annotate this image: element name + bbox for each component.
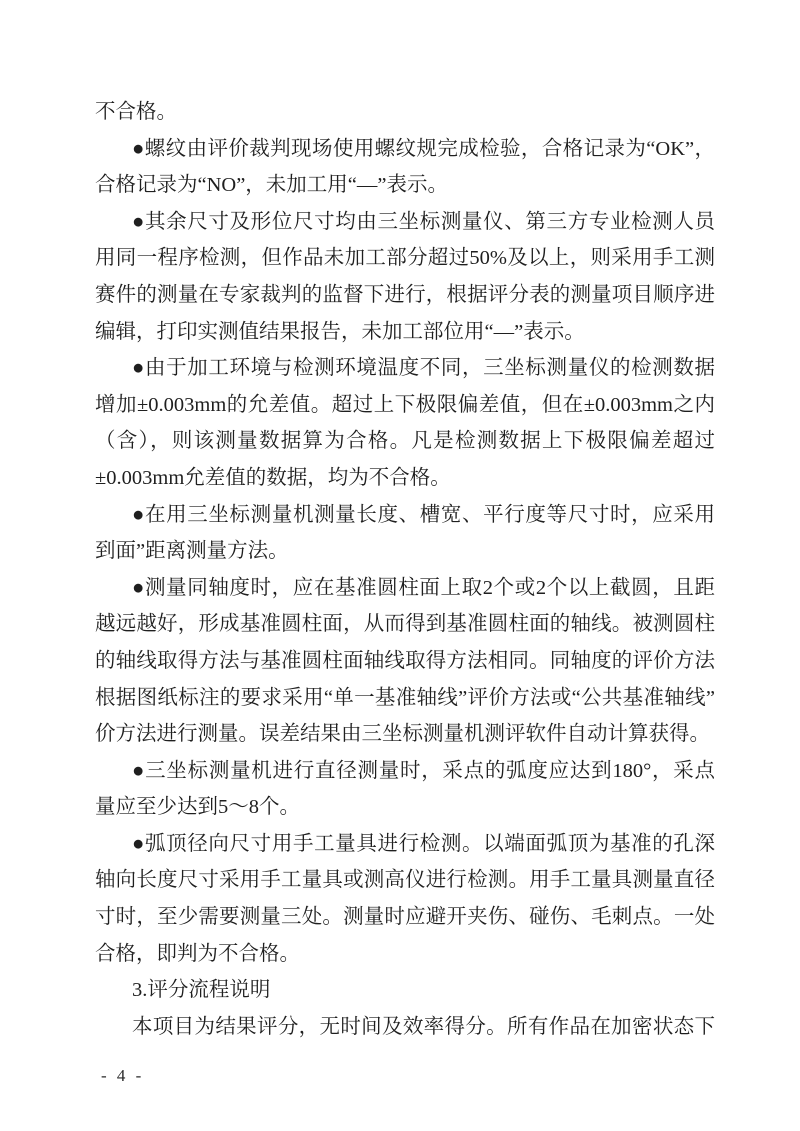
text-line: 价方法进行测量。误差结果由三坐标测量机测评软件自动计算获得。 bbox=[95, 716, 715, 753]
text-line: 不合格。 bbox=[95, 94, 715, 131]
text-line: ●三坐标测量机进行直径测量时，采点的弧度应达到180°，采点数 bbox=[95, 753, 715, 790]
text-line: ●螺纹由评价裁判现场使用螺纹规完成检验，合格记录为“OK”，不 bbox=[95, 131, 715, 168]
text-line: 到面”距离测量方法。 bbox=[95, 533, 715, 570]
document-page: 不合格。●螺纹由评价裁判现场使用螺纹规完成检验，合格记录为“OK”，不合格记录为… bbox=[0, 0, 800, 1131]
text-line: （含），则该测量数据算为合格。凡是检测数据上下极限偏差超过 bbox=[95, 423, 715, 460]
text-line: 寸时，至少需要测量三处。测量时应避开夹伤、碰伤、毛刺点。一处不 bbox=[95, 899, 715, 936]
text-line: 合格记录为“NO”，未加工用“—”表示。 bbox=[95, 167, 715, 204]
text-line: 用同一程序检测，但作品未加工部分超过50%及以上，则采用手工测量。 bbox=[95, 240, 715, 277]
text-line: ●由于加工环境与检测环境温度不同，三坐标测量仪的检测数据将 bbox=[95, 350, 715, 387]
text-line: 根据图纸标注的要求采用“单一基准轴线”评价方法或“公共基准轴线”评 bbox=[95, 680, 715, 717]
text-line: 轴向长度尺寸采用手工量具或测高仪进行检测。用手工量具测量直径尺 bbox=[95, 862, 715, 899]
text-line: 的轴线取得方法与基准圆柱面轴线取得方法相同。同轴度的评价方法将 bbox=[95, 643, 715, 680]
document-body: 不合格。●螺纹由评价裁判现场使用螺纹规完成检验，合格记录为“OK”，不合格记录为… bbox=[95, 94, 715, 1045]
text-line: ●其余尺寸及形位尺寸均由三坐标测量仪、第三方专业检测人员使 bbox=[95, 204, 715, 241]
text-line: ●测量同轴度时，应在基准圆柱面上取2个或2个以上截圆，且距离 bbox=[95, 570, 715, 607]
text-line: ●弧顶径向尺寸用手工量具进行检测。以端面弧顶为基准的孔深和 bbox=[95, 826, 715, 863]
text-line: 合格，即判为不合格。 bbox=[95, 936, 715, 973]
text-line: 3.评分流程说明 bbox=[95, 972, 715, 1009]
page-number: - 4 - bbox=[101, 1066, 144, 1086]
text-line: 增加±0.003mm的允差值。超过上下极限偏差值，但在±0.003mm之内 bbox=[95, 387, 715, 424]
text-line: ±0.003mm允差值的数据，均为不合格。 bbox=[95, 460, 715, 497]
text-line: 本项目为结果评分，无时间及效率得分。所有作品在加密状态下评 bbox=[95, 1009, 715, 1046]
text-line: ●在用三坐标测量机测量长度、槽宽、平行度等尺寸时，应采用“面 bbox=[95, 497, 715, 534]
text-line: 越远越好，形成基准圆柱面，从而得到基准圆柱面的轴线。被测圆柱面 bbox=[95, 606, 715, 643]
text-line: 量应至少达到5～8个。 bbox=[95, 789, 715, 826]
text-line: 编辑，打印实测值结果报告，未加工部位用“—”表示。 bbox=[95, 314, 715, 351]
text-line: 赛件的测量在专家裁判的监督下进行，根据评分表的测量项目顺序进行 bbox=[95, 277, 715, 314]
